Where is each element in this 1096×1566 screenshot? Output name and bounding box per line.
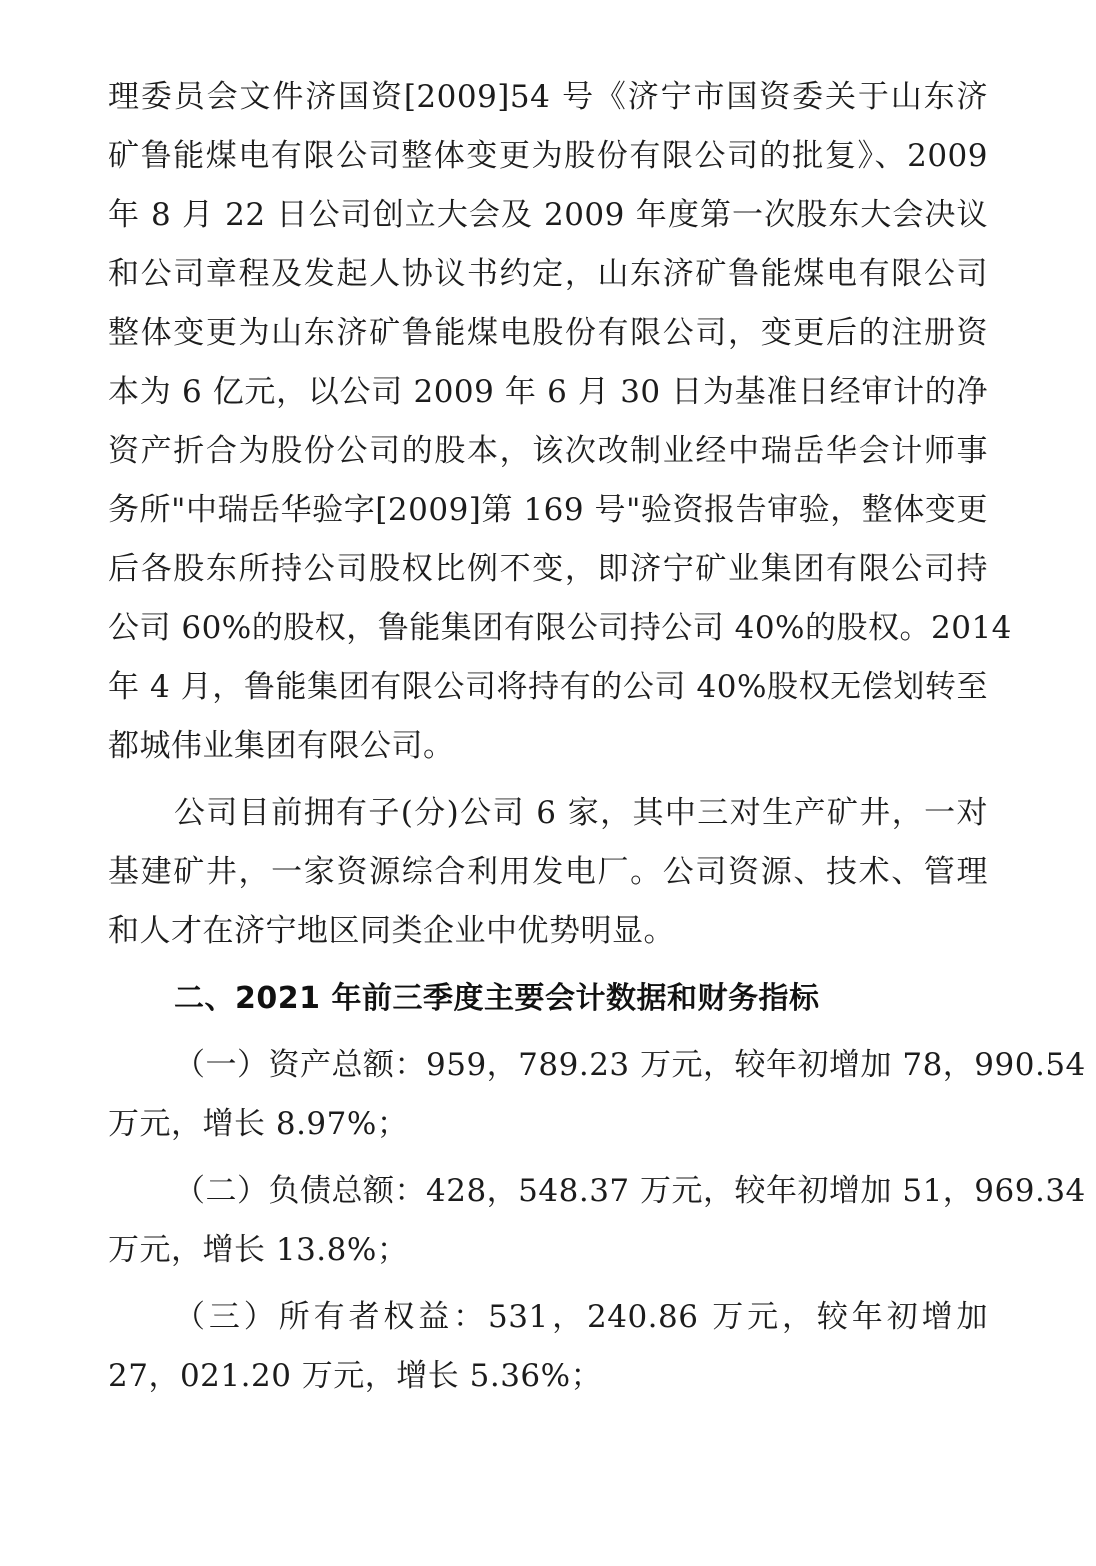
text-line: 矿鲁能煤电有限公司整体变更为股份有限公司的批复》、2009: [108, 127, 988, 186]
text-line: 整体变更为山东济矿鲁能煤电股份有限公司，变更后的注册资: [108, 304, 988, 363]
text-line: 公司目前拥有子(分)公司 6 家，其中三对生产矿井，一对: [108, 784, 988, 843]
text-line: 年 8 月 22 日公司创立大会及 2009 年度第一次股东大会决议: [108, 186, 988, 245]
text-line: 公司 60%的股权，鲁能集团有限公司持公司 40%的股权。2014: [108, 599, 988, 658]
item-owners-equity: （三）所有者权益：531，240.86 万元，较年初增加 27，021.20 万…: [108, 1288, 988, 1406]
text-line: 27，021.20 万元，增长 5.36%；: [108, 1347, 988, 1406]
text-line: 万元，增长 13.8%；: [108, 1221, 988, 1280]
item-total-assets: （一）资产总额：959，789.23 万元，较年初增加 78，990.54 万元…: [108, 1036, 988, 1154]
text-line: （三）所有者权益：531，240.86 万元，较年初增加: [108, 1288, 988, 1347]
text-line: 本为 6 亿元，以公司 2009 年 6 月 30 日为基准日经审计的净: [108, 363, 988, 422]
text-line: 基建矿井，一家资源综合利用发电厂。公司资源、技术、管理: [108, 843, 988, 902]
section-heading: 二、2021 年前三季度主要会计数据和财务指标: [108, 969, 988, 1028]
item-total-liabilities: （二）负债总额：428，548.37 万元，较年初增加 51，969.34 万元…: [108, 1162, 988, 1280]
text-line: （一）资产总额：959，789.23 万元，较年初增加 78，990.54: [108, 1036, 988, 1095]
text-line: 资产折合为股份公司的股本，该次改制业经中瑞岳华会计师事: [108, 422, 988, 481]
text-line: 年 4 月，鲁能集团有限公司将持有的公司 40%股权无偿划转至: [108, 658, 988, 717]
document-page: 理委员会文件济国资[2009]54 号《济宁市国资委关于山东济 矿鲁能煤电有限公…: [108, 68, 988, 1406]
paragraph-company-history: 理委员会文件济国资[2009]54 号《济宁市国资委关于山东济 矿鲁能煤电有限公…: [108, 68, 988, 776]
text-line: 和人才在济宁地区同类企业中优势明显。: [108, 902, 988, 961]
text-line: 万元，增长 8.97%；: [108, 1095, 988, 1154]
paragraph-subsidiaries: 公司目前拥有子(分)公司 6 家，其中三对生产矿井，一对 基建矿井，一家资源综合…: [108, 784, 988, 961]
text-line: 后各股东所持公司股权比例不变，即济宁矿业集团有限公司持: [108, 540, 988, 599]
text-line: 和公司章程及发起人协议书约定，山东济矿鲁能煤电有限公司: [108, 245, 988, 304]
text-line: 务所"中瑞岳华验字[2009]第 169 号"验资报告审验，整体变更: [108, 481, 988, 540]
text-line: 理委员会文件济国资[2009]54 号《济宁市国资委关于山东济: [108, 68, 988, 127]
text-line: （二）负债总额：428，548.37 万元，较年初增加 51，969.34: [108, 1162, 988, 1221]
text-line: 都城伟业集团有限公司。: [108, 717, 988, 776]
